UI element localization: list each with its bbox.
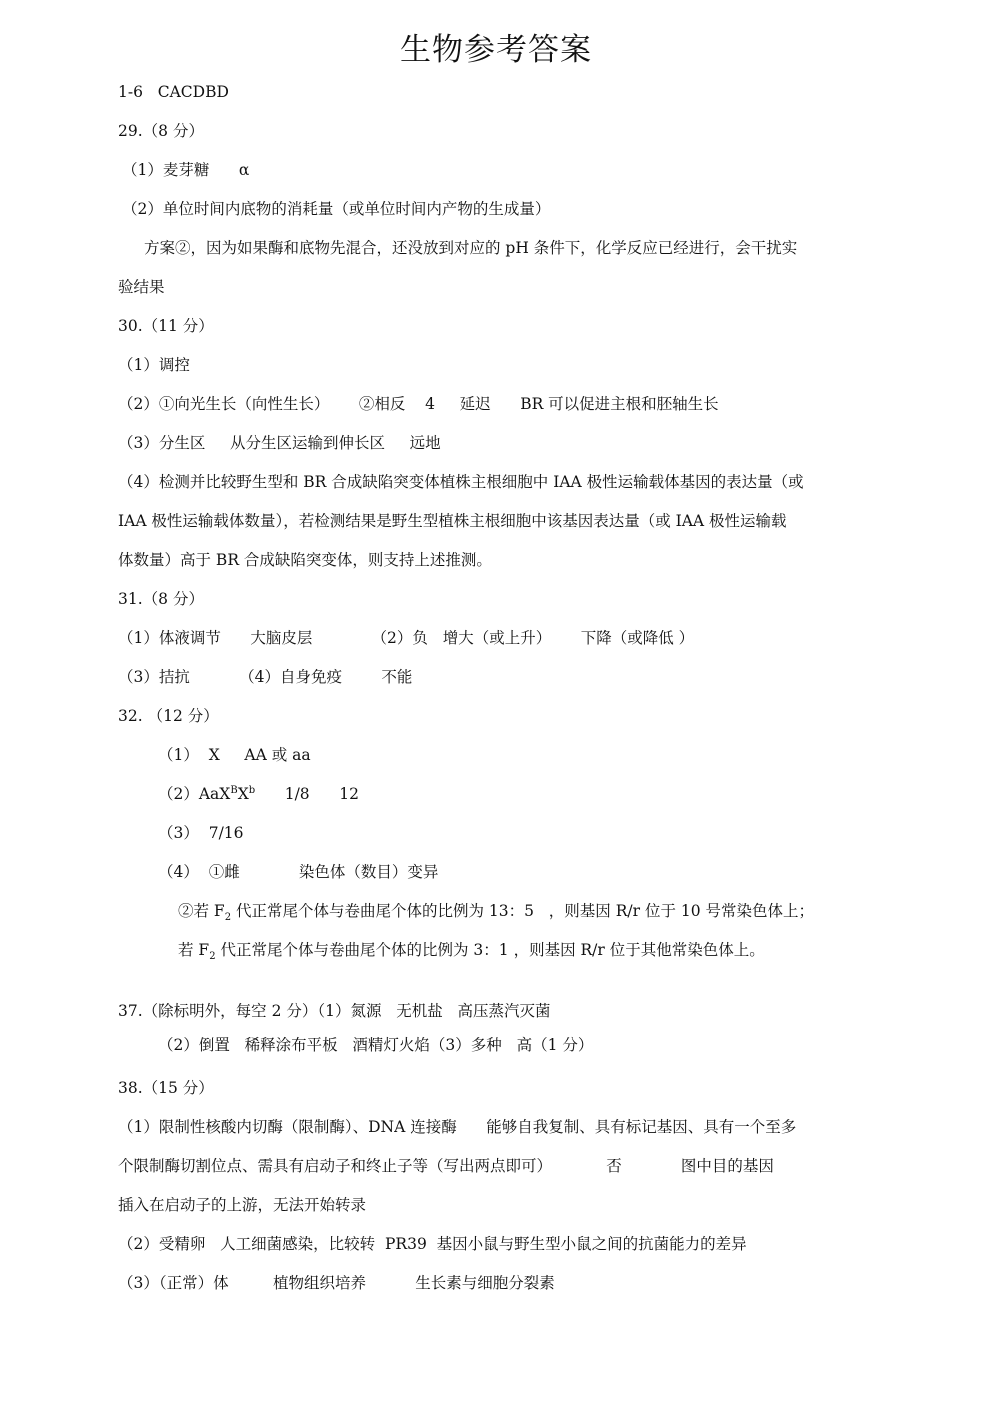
q31-parts-1-2: （1）体液调节 大脑皮层 （2）负 增大（或上升） 下降（或降低 ） xyxy=(118,628,694,648)
q30-heading: 30.（11 分） xyxy=(118,316,214,336)
q37-parts-2-3: （2）倒置 稀释涂布平板 酒精灯火焰（3）多种 高（1 分） xyxy=(158,1035,593,1055)
q32-part3: （3） 7/16 xyxy=(158,823,244,843)
q32-part4-case2: 若 F2 代正常尾个体与卷曲尾个体的比例为 3：1 ，则基因 R/r 位于其他常… xyxy=(178,940,765,960)
q31-heading: 31.（8 分） xyxy=(118,589,204,609)
q32-heading: 32. （12 分） xyxy=(118,706,219,726)
mc-answers: 1-6 CACDBD xyxy=(118,82,229,102)
q31-parts-3-4: （3）拮抗 （4）自身免疫 不能 xyxy=(118,667,412,687)
q29-part1: （1）麦芽糖 α xyxy=(122,160,249,180)
q30-part4-cont1: IAA 极性运输载体数量），若检测结果是野生型植株主根细胞中该基因表达量（或 I… xyxy=(118,511,787,531)
q32-part4: （4） ①雌 染色体（数目）变异 xyxy=(158,862,438,882)
q30-part2: （2）①向光生长（向性生长） ②相反 4 延迟 BR 可以促进主根和胚轴生长 xyxy=(118,394,719,414)
q32-part2: （2）AaXBXb 1/8 12 xyxy=(158,784,359,804)
q38-part1-cont2: 插入在启动子的上游，无法开始转录 xyxy=(118,1195,366,1215)
q29-part2-explanation-cont: 验结果 xyxy=(118,277,165,297)
q29-part2: （2）单位时间内底物的消耗量（或单位时间内产物的生成量） xyxy=(122,199,550,219)
q38-part1: （1）限制性核酸内切酶（限制酶）、DNA 连接酶 能够自我复制、具有标记基因、具… xyxy=(118,1117,796,1137)
q30-part3: （3）分生区 从分生区运输到伸长区 远地 xyxy=(118,433,441,453)
q29-heading: 29.（8 分） xyxy=(118,121,204,141)
q38-part1-cont1: 个限制酶切割位点、需具有启动子和终止子等（写出两点即可） 否 图中目的基因 xyxy=(118,1156,774,1176)
page-title: 生物参考答案 xyxy=(0,24,992,69)
q32-part4-case1: ②若 F2 代正常尾个体与卷曲尾个体的比例为 13：5 ，则基因 R/r 位于 … xyxy=(178,901,814,921)
q38-part3: （3）（正常）体 植物组织培养 生长素与细胞分裂素 xyxy=(118,1273,555,1293)
q37-heading-part1: 37.（除标明外，每空 2 分）（1）氮源 无机盐 高压蒸汽灭菌 xyxy=(118,1001,551,1021)
q30-part4: （4）检测并比较野生型和 BR 合成缺陷突变体植株主根细胞中 IAA 极性运输载… xyxy=(118,472,804,492)
q30-part1: （1）调控 xyxy=(118,355,190,375)
q29-part2-explanation: 方案②，因为如果酶和底物先混合，还没放到对应的 pH 条件下，化学反应已经进行，… xyxy=(144,238,797,258)
q30-part4-cont2: 体数量）高于 BR 合成缺陷突变体，则支持上述推测。 xyxy=(118,550,492,570)
q32-part1: （1） X AA 或 aa xyxy=(158,745,311,765)
q38-heading: 38.（15 分） xyxy=(118,1078,214,1098)
q38-part2: （2）受精卵 人工细菌感染，比较转 PR39 基因小鼠与野生型小鼠之间的抗菌能力… xyxy=(118,1234,747,1254)
